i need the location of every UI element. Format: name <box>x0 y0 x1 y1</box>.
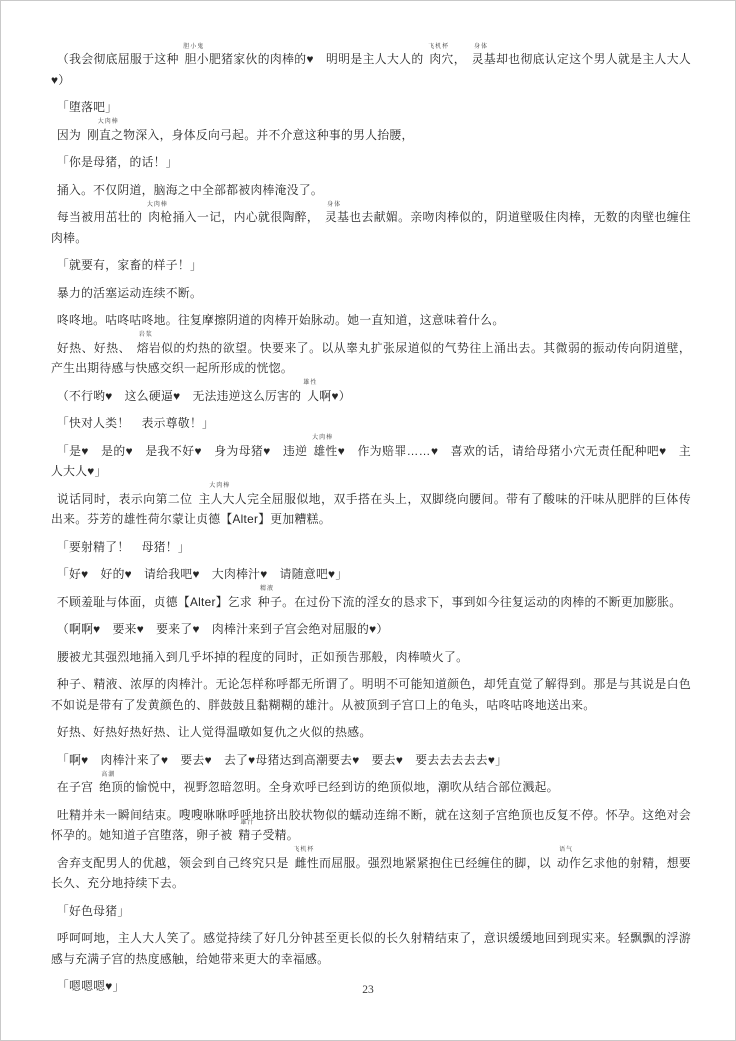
paragraph: 「你是母猪，的话！」 <box>51 152 691 173</box>
ruby-annotated-word: 肉穴飞机杯 <box>424 49 454 70</box>
text-run: 在子宫 <box>57 780 93 794</box>
ruby-text: 大肉棒 <box>98 119 119 125</box>
ruby-base-text: 肉枪 <box>148 210 172 224</box>
text-run: 「要射精了！ 母猪！」 <box>57 540 190 554</box>
ruby-text: 雄汁 <box>241 820 255 826</box>
text-run: 暴力的活塞运动连续不断。 <box>57 286 202 300</box>
page-number: 23 <box>1 984 735 996</box>
paragraph: 因为刚直之物大肉棒深入，身体反向弓起。并不介意这种事的男人抬腰， <box>51 125 691 146</box>
ruby-text: 雄性 <box>303 380 317 386</box>
paragraph: 「是♥ 是的♥ 是我不好♥ 身为母猪♥ 违逆雄性大肉棒♥ 作为赔罪……♥ 喜欢的… <box>51 441 691 482</box>
ruby-text: 语气 <box>559 847 573 853</box>
ruby-base-text: 灵基 <box>472 52 496 66</box>
paragraph: 腰被尤其强烈地捅入到几乎坏掉的程度的同时，正如预告那般，肉棒喷火了。 <box>51 647 691 668</box>
text-run: 「快对人类！ 表示尊敬！」 <box>57 416 214 430</box>
paragraph: 好热、好热好热好热、让人觉得温暾如复仇之火似的热感。 <box>51 722 691 743</box>
document-page: （我会彻底屈服于这种胆小胆小鬼肥猪家伙的肉棒的♥ 明明是主人大人的肉穴飞机杯，灵… <box>0 0 736 1041</box>
text-run: 而屈服。强烈地紧紧抱住已经缠住的脚，以 <box>319 856 551 870</box>
text-run: 「好♥ 好的♥ 请给我吧♥ 大肉棒汁♥ 请随意吧♥」 <box>57 567 348 581</box>
text-run: （我会彻底屈服于这种 <box>57 52 179 66</box>
paragraph: 「就要有，家畜的样子！」 <box>51 255 691 276</box>
text-run: 「是♥ 是的♥ 是我不好♥ 身为母猪♥ 违逆 <box>57 444 308 458</box>
ruby-base-text: 熔岩 <box>137 341 161 355</box>
ruby-text: 胆小鬼 <box>183 44 204 50</box>
ruby-text: 大肉棒 <box>312 435 333 441</box>
text-run: ， <box>454 52 466 66</box>
text-run: 捅入。不仅阴道，脑海之中全部都被肉棒淹没了。 <box>57 183 323 197</box>
text-run: 呼呵呵地，主人大人笑了。感觉持续了好几分钟甚至更长似的长久射精结束了，意识缓缓地… <box>51 931 691 966</box>
text-run: 捅入一记，内心就很陶醉， <box>172 210 319 224</box>
paragraph: 每当被用茁壮的肉枪大肉棒捅入一记，内心就很陶醉，灵基身体也去献媚。亲吻肉棒似的，… <box>51 207 691 248</box>
paragraph: （啊啊♥ 要来♥ 要来了♥ 肉棒汁来到子宫会绝对屈服的♥） <box>51 619 691 640</box>
text-run: 肥猪家伙的肉棒的♥ 明明是主人大人的 <box>209 52 424 66</box>
text-run: 好热、好热、 <box>57 341 131 355</box>
paragraph: 咚咚地。咕咚咕咚地。往复摩擦阴道的肉棒开始脉动。她一直知道，这意味着什么。 <box>51 310 691 331</box>
ruby-annotated-word: 刚直之物大肉棒 <box>81 125 135 146</box>
text-run: 咚咚地。咕咚咕咚地。往复摩擦阴道的肉棒开始脉动。她一直知道，这意味着什么。 <box>57 313 505 327</box>
ruby-base-text: 主人大人 <box>198 492 246 506</box>
ruby-annotated-word: 灵基身体 <box>319 207 349 228</box>
text-run: 舍弃支配男人的优越，领会到自己终究只是 <box>57 856 289 870</box>
text-run: 种子、精液、浓厚的肉棒汁。无论怎样称呼都无所谓了。明明不可能知道颜色，却凭直觉了… <box>51 677 691 712</box>
ruby-base-text: 精子 <box>238 828 262 842</box>
ruby-base-text: 种子 <box>258 595 282 609</box>
paragraph: 种子、精液、浓厚的肉棒汁。无论怎样称呼都无所谓了。明明不可能知道颜色，却凭直觉了… <box>51 674 691 715</box>
paragraph: 不顾羞耻与体面，贞德【Alter】乞求种子精液。在过份下流的淫女的恳求下，事到如… <box>51 592 691 613</box>
ruby-base-text: 胆小 <box>185 52 209 66</box>
ruby-base-text: 动作 <box>557 856 581 870</box>
ruby-base-text: 刚直之物 <box>87 128 135 142</box>
ruby-text: 大肉棒 <box>209 483 230 489</box>
text-run: 「就要有，家畜的样子！」 <box>57 258 202 272</box>
text-run: 每当被用茁壮的 <box>57 210 142 224</box>
ruby-base-text: 雄性 <box>313 444 337 458</box>
ruby-annotated-word: 熔岩岩浆 <box>131 338 161 359</box>
paragraph: 捅入。不仅阴道，脑海之中全部都被肉棒淹没了。 <box>51 180 691 201</box>
text-run: 吐精并未一瞬间结束。嗖嗖咻咻呼呼地挤出胶状物似的蠕动连绵不断，就在这刻子宫绝顶也… <box>51 808 691 843</box>
text-run: 说话同时，表示向第二位 <box>57 492 193 506</box>
ruby-annotated-word: 种子精液 <box>252 592 282 613</box>
ruby-base-text: 灵基 <box>325 210 349 224</box>
paragraph: 暴力的活塞运动连续不断。 <box>51 283 691 304</box>
ruby-text: 大肉棒 <box>147 202 168 208</box>
text-run: （啊啊♥ 要来♥ 要来了♥ 肉棒汁来到子宫会绝对屈服的♥） <box>57 622 389 636</box>
paragraph: 「快对人类！ 表示尊敬！」 <box>51 413 691 434</box>
paragraph: （不行哟♥ 这么硬逼♥ 无法违逆这么厉害的人雄性啊♥） <box>51 386 691 407</box>
ruby-text: 飞机杯 <box>428 44 449 50</box>
text-run: 深入，身体反向弓起。并不介意这种事的男人抬腰， <box>135 128 413 142</box>
ruby-text: 岩浆 <box>139 332 153 338</box>
page-text: （我会彻底屈服于这种胆小胆小鬼肥猪家伙的肉棒的♥ 明明是主人大人的肉穴飞机杯，灵… <box>51 49 691 1004</box>
paragraph: 呼呵呵地，主人大人笑了。感觉持续了好几分钟甚至更长似的长久射精结束了，意识缓缓地… <box>51 928 691 969</box>
ruby-annotated-word: 雌性飞机杯 <box>289 853 319 874</box>
text-run: 。在过份下流的淫女的恳求下，事到如今往复运动的肉棒的不断更加膨胀。 <box>282 595 681 609</box>
paragraph: 「好♥ 好的♥ 请给我吧♥ 大肉棒汁♥ 请随意吧♥」 <box>51 564 691 585</box>
ruby-annotated-word: 雄性大肉棒 <box>308 441 338 462</box>
paragraph: 好热、好热、熔岩岩浆似的灼热的欲望。快要来了。以从睾丸扩张尿道似的气势往上涌出去… <box>51 338 691 379</box>
text-run: 「堕落吧」 <box>57 100 118 114</box>
paragraph: 「要射精了！ 母猪！」 <box>51 537 691 558</box>
ruby-base-text: 绝顶 <box>99 780 123 794</box>
ruby-annotated-word: 主人大人大肉棒 <box>193 489 247 510</box>
paragraph: 说话同时，表示向第二位主人大人大肉棒完全屈服似地，双手搭在头上，双脚绕向腰间。带… <box>51 489 691 530</box>
text-run: （不行哟♥ 这么硬逼♥ 无法违逆这么厉害的 <box>57 389 301 403</box>
ruby-base-text: 人 <box>307 389 319 403</box>
text-run: 啊♥） <box>319 389 351 403</box>
text-run: 腰被尤其强烈地捅入到几乎坏掉的程度的同时，正如预告那般，肉棒喷火了。 <box>57 650 468 664</box>
ruby-annotated-word: 绝顶高潮 <box>93 777 123 798</box>
text-run: 「你是母猪，的话！」 <box>57 155 178 169</box>
text-run: 「好色母猪」 <box>57 904 130 918</box>
ruby-annotated-word: 动作语气 <box>551 853 581 874</box>
ruby-text: 高潮 <box>101 772 115 778</box>
ruby-text: 飞机杯 <box>293 847 314 853</box>
ruby-base-text: 雌性 <box>295 856 319 870</box>
ruby-annotated-word: 胆小胆小鬼 <box>179 49 209 70</box>
paragraph: 「啊♥ 肉棒汁来了♥ 要去♥ 去了♥母猪达到高潮要去♥ 要去♥ 要去去去去去♥」 <box>51 750 691 771</box>
paragraph: 在子宫绝顶高潮的愉悦中，视野忽暗忽明。全身欢呼已经到访的绝顶似地，潮吹从结合部位… <box>51 777 691 798</box>
text-run: 好热、好热好热好热、让人觉得温暾如复仇之火似的热感。 <box>57 725 372 739</box>
paragraph: 「好色母猪」 <box>51 901 691 922</box>
ruby-annotated-word: 肉枪大肉棒 <box>142 207 172 228</box>
ruby-text: 身体 <box>327 202 341 208</box>
paragraph: 「堕落吧」 <box>51 97 691 118</box>
ruby-text: 精液 <box>260 586 274 592</box>
paragraph: （我会彻底屈服于这种胆小胆小鬼肥猪家伙的肉棒的♥ 明明是主人大人的肉穴飞机杯，灵… <box>51 49 691 90</box>
text-run: 「啊♥ 肉棒汁来了♥ 要去♥ 去了♥母猪达到高潮要去♥ 要去♥ 要去去去去去♥」 <box>57 753 507 767</box>
paragraph: 吐精并未一瞬间结束。嗖嗖咻咻呼呼地挤出胶状物似的蠕动连绵不断，就在这刻子宫绝顶也… <box>51 805 691 846</box>
ruby-text: 身体 <box>474 44 488 50</box>
ruby-annotated-word: 灵基身体 <box>466 49 496 70</box>
text-run: 的愉悦中，视野忽暗忽明。全身欢呼已经到访的绝顶似地，潮吹从结合部位溅起。 <box>123 780 559 794</box>
ruby-annotated-word: 人雄性 <box>301 386 319 407</box>
text-run: 受精。 <box>263 828 299 842</box>
paragraph: 舍弃支配男人的优越，领会到自己终究只是雌性飞机杯而屈服。强烈地紧紧抱住已经缠住的… <box>51 853 691 894</box>
text-run: 因为 <box>57 128 81 142</box>
ruby-annotated-word: 精子雄汁 <box>232 825 262 846</box>
text-run: 不顾羞耻与体面，贞德【Alter】乞求 <box>57 595 252 609</box>
ruby-base-text: 肉穴 <box>429 52 453 66</box>
